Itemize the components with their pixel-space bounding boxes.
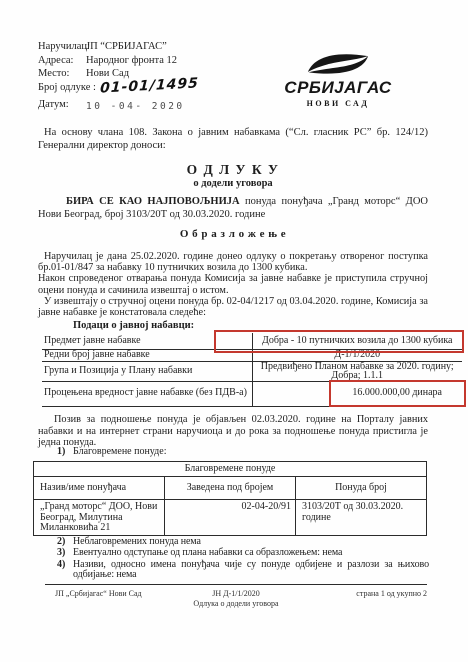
logo-name: СРБИЈАГАС — [276, 78, 400, 98]
intro-paragraph: На основу члана 108. Закона о јавним наб… — [38, 126, 428, 152]
document-subtitle: о додели уговора — [38, 178, 428, 189]
date-stamp: 10 -04- 2020 — [86, 100, 185, 114]
field-label: Адреса: — [38, 54, 86, 68]
highlight-box-subject — [214, 330, 464, 353]
field-date: Датум: 10 -04- 2020 — [38, 98, 278, 114]
paragraph: Након спроведеног отварања понуда Комиси… — [38, 273, 428, 295]
field-label: Наручилац: — [38, 40, 86, 54]
cell-offer-number: 3103/20Т од 30.03.2020. године — [296, 500, 427, 536]
list-item-text: Евентуално одступање од плана набавки са… — [73, 548, 429, 559]
list-item-1: 1) Благовремене понуде: — [57, 446, 167, 457]
list-item-number: 3) — [57, 548, 73, 559]
field-label: Место: — [38, 67, 86, 81]
paragraph: У извештају о стручној оцени понуда бр. … — [38, 296, 428, 318]
bottom-list: 2) Неблаговремених понуда нема 3) Евенту… — [57, 537, 429, 582]
cell-bidder-name: „Гранд моторс“ ДОО, Нови Београд, Милути… — [34, 500, 165, 536]
list-item-number: 4) — [57, 560, 73, 582]
srbijagas-logo: СРБИЈАГАС НОВИ САД — [276, 50, 400, 108]
field-address: Адреса: Народног фронта 12 — [38, 54, 278, 68]
column-header-number: Заведена под бројем — [165, 477, 296, 500]
offers-table: Благовремене понуде Назив/име понуђача З… — [33, 461, 427, 536]
cell-registered-number: 02-04-20/91 — [165, 500, 296, 536]
procurement-table-title: Подаци о јавној набавци: — [73, 320, 194, 331]
table-span-header-row: Благовремене понуде — [34, 462, 427, 477]
table-row: Група и Позиција у Плану набавки Предвиђ… — [42, 361, 462, 381]
field-label: Датум: — [38, 98, 86, 112]
decision-paragraph: БИРА СЕ КАО НАЈПОВОЉНИЈА понуда понуђача… — [38, 195, 428, 221]
explanation-title: О б р а з л о ж е њ е — [38, 228, 428, 240]
paragraph: Наручилац је дана 25.02.2020. године дон… — [38, 251, 428, 273]
handwritten-decision-number: 01-01/1495 — [100, 77, 199, 96]
field-value: Народног фронта 12 — [86, 54, 177, 68]
field-value: ЈП “СРБИЈАГАС” — [86, 40, 167, 54]
column-header-name: Назив/име понуђача — [34, 477, 165, 500]
document-page: Наручилац: ЈП “СРБИЈАГАС” Адреса: Народн… — [0, 0, 468, 662]
column-header-offer: Понуда број — [296, 477, 427, 500]
list-item-text: Називи, односно имена понуђача чије су п… — [73, 560, 429, 582]
list-item-4: 4) Називи, односно имена понуђача чије с… — [57, 560, 429, 582]
footer-page-number: страна 1 од укупно 2 — [356, 589, 427, 598]
list-item-number: 2) — [57, 537, 73, 548]
table-header-row: Назив/име понуђача Заведена под бројем П… — [34, 477, 427, 500]
srbijagas-swoosh-icon — [307, 50, 369, 77]
row-label: Група и Позиција у Плану набавки — [42, 361, 252, 381]
header-fields: Наручилац: ЈП “СРБИЈАГАС” Адреса: Народн… — [38, 40, 278, 114]
field-decision-number: Број одлуке : 01-01/1495 — [38, 81, 278, 95]
list-item-text: Благовремене понуде: — [73, 446, 167, 457]
logo-city: НОВИ САД — [276, 99, 400, 108]
list-item-text: Неблаговремених понуда нема — [73, 537, 429, 548]
highlight-box-value — [329, 380, 466, 407]
table-row: „Гранд моторс“ ДОО, Нови Београд, Милути… — [34, 500, 427, 536]
field-label: Број одлуке : — [38, 81, 100, 95]
list-item-3: 3) Евентуално одступање од плана набавки… — [57, 548, 429, 559]
document-title: О Д Л У К У — [38, 162, 428, 178]
span-header: Благовремене понуде — [34, 462, 427, 477]
footer-divider — [45, 584, 427, 585]
list-item-2: 2) Неблаговремених понуда нема — [57, 537, 429, 548]
explanation-body: Наручилац је дана 25.02.2020. године дон… — [38, 251, 428, 318]
row-value: Предвиђено Планом набавке за 2020. годин… — [252, 361, 462, 381]
invitation-paragraph: Позив за подношење понуда је објављен 02… — [38, 414, 428, 449]
decision-bold-text: БИРА СЕ КАО НАЈПОВОЉНИЈА — [66, 196, 240, 207]
footer-doc-type: Одлука о додели уговора — [45, 599, 427, 609]
field-customer: Наручилац: ЈП “СРБИЈАГАС” — [38, 40, 278, 54]
list-item-number: 1) — [57, 446, 73, 457]
row-label: Процењена вредност јавне набавке (без ПД… — [42, 381, 252, 406]
